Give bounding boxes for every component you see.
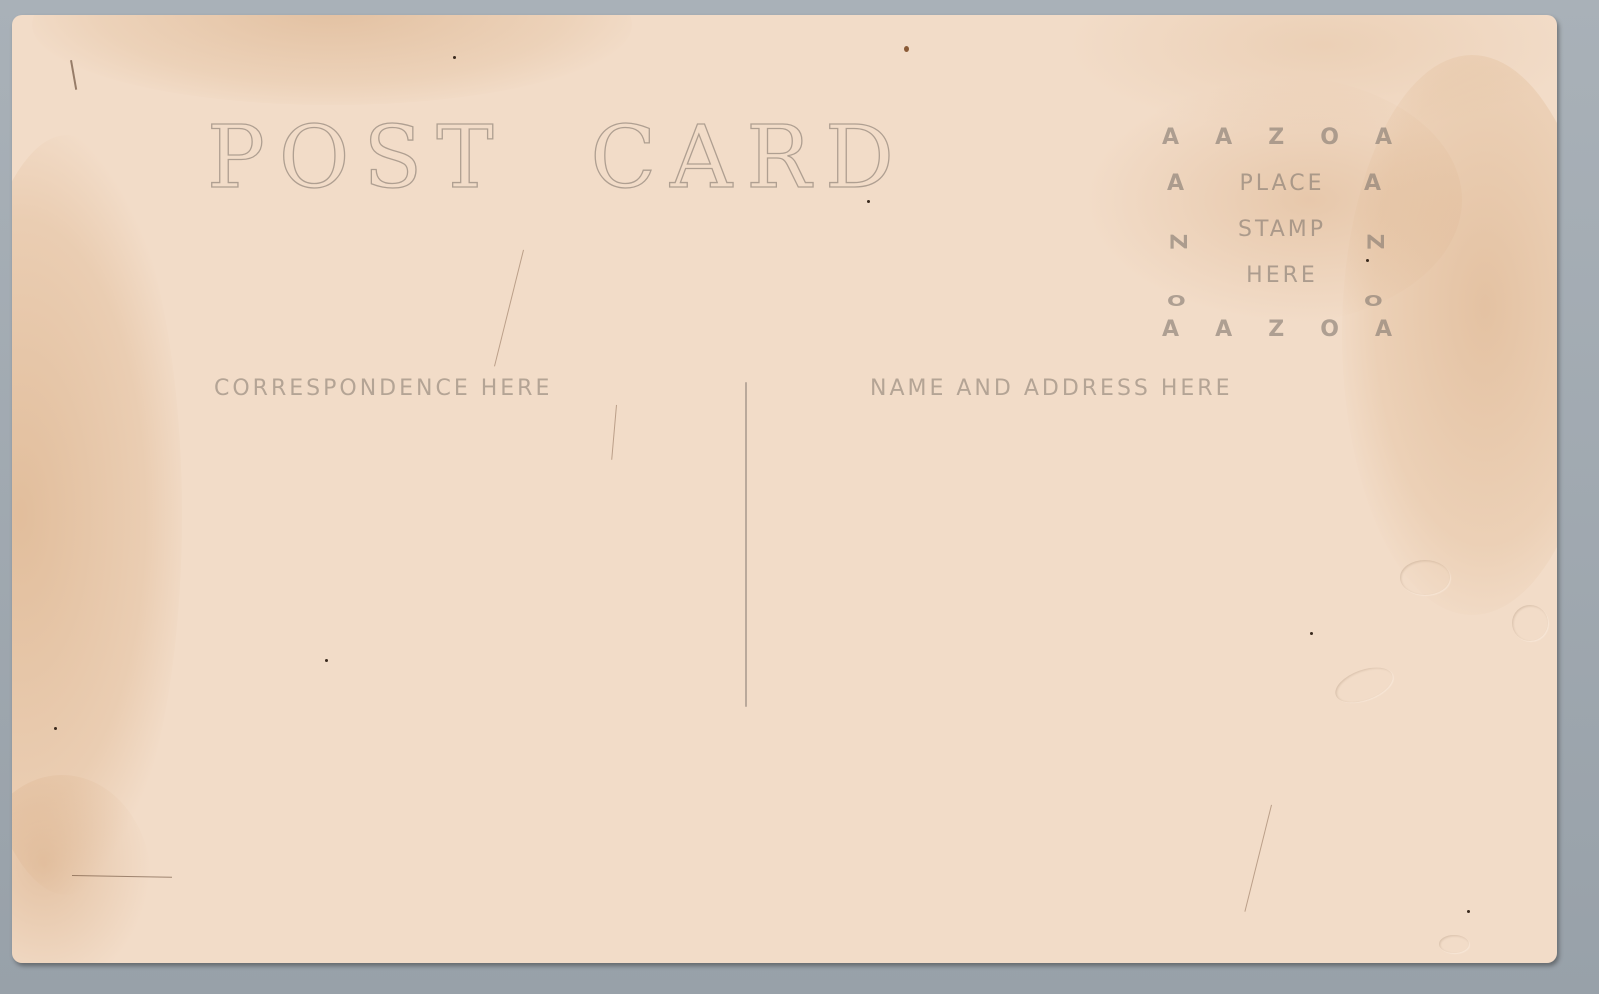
stamp-border-glyph: A [1162, 319, 1179, 341]
dirt-speck [453, 56, 456, 59]
dirt-speck [1366, 259, 1369, 262]
embossed-flourish [1439, 935, 1469, 953]
water-stain-top-right [1062, 15, 1557, 135]
water-stain-top [32, 15, 632, 105]
stamp-border-glyph: A [1375, 319, 1392, 341]
embossed-flourish [1400, 560, 1450, 595]
stamp-border-glyph: Z [1362, 234, 1384, 253]
dirt-speck [904, 46, 909, 52]
stamp-line-here: HERE [1246, 265, 1318, 287]
dirt-speck [1310, 632, 1313, 635]
embossed-flourish [1331, 661, 1398, 710]
postcard-back: POST CARD A A Z O A A Z O PLACE STAMP HE… [12, 15, 1557, 963]
stamp-border-glyph: O [1364, 294, 1383, 309]
water-stain-bottom-left [12, 775, 152, 963]
stamp-border-glyph: A [1364, 173, 1383, 195]
stamp-border-glyph: A [1375, 127, 1392, 149]
stamp-border-glyph: Z [1165, 234, 1187, 253]
dirt-speck [867, 200, 870, 203]
pencil-mark [611, 405, 617, 460]
address-label: NAME AND ADDRESS HERE [870, 378, 1233, 400]
dirt-speck [325, 659, 328, 662]
stamp-border-glyph: Z [1268, 127, 1284, 149]
water-stain-left [12, 135, 182, 895]
stamp-line-stamp: STAMP [1238, 219, 1326, 241]
correspondence-label: CORRESPONDENCE HERE [214, 378, 552, 400]
postcard-heading: POST CARD [207, 115, 908, 201]
stamp-border-glyph: A [1167, 173, 1186, 195]
stamp-border-right: A Z O [1364, 173, 1383, 313]
stamp-border-glyph: O [1320, 127, 1339, 149]
pencil-mark [1244, 805, 1272, 912]
center-divider-line [745, 382, 747, 707]
stamp-border-bottom: A A Z O A [1162, 319, 1392, 341]
stamp-border-glyph: A [1215, 319, 1232, 341]
dirt-speck [1467, 910, 1470, 913]
stamp-border-glyph: A [1215, 127, 1232, 149]
edge-crease [72, 875, 172, 878]
embossed-flourish [1512, 605, 1548, 641]
pencil-mark [494, 250, 524, 367]
stamp-border-glyph: A [1162, 127, 1179, 149]
stamp-border-glyph: O [1167, 294, 1186, 309]
stamp-border-left: A Z O [1167, 173, 1186, 313]
stamp-instructions: PLACE STAMP HERE [1202, 173, 1362, 287]
stamp-border-glyph: Z [1268, 319, 1284, 341]
stamp-box: A A Z O A A Z O PLACE STAMP HERE A Z O A… [1162, 127, 1392, 345]
dirt-speck [54, 727, 57, 730]
stamp-border-top: A A Z O A [1162, 127, 1392, 149]
pencil-mark [70, 60, 77, 90]
stamp-line-place: PLACE [1240, 173, 1325, 195]
stamp-border-glyph: O [1320, 319, 1339, 341]
